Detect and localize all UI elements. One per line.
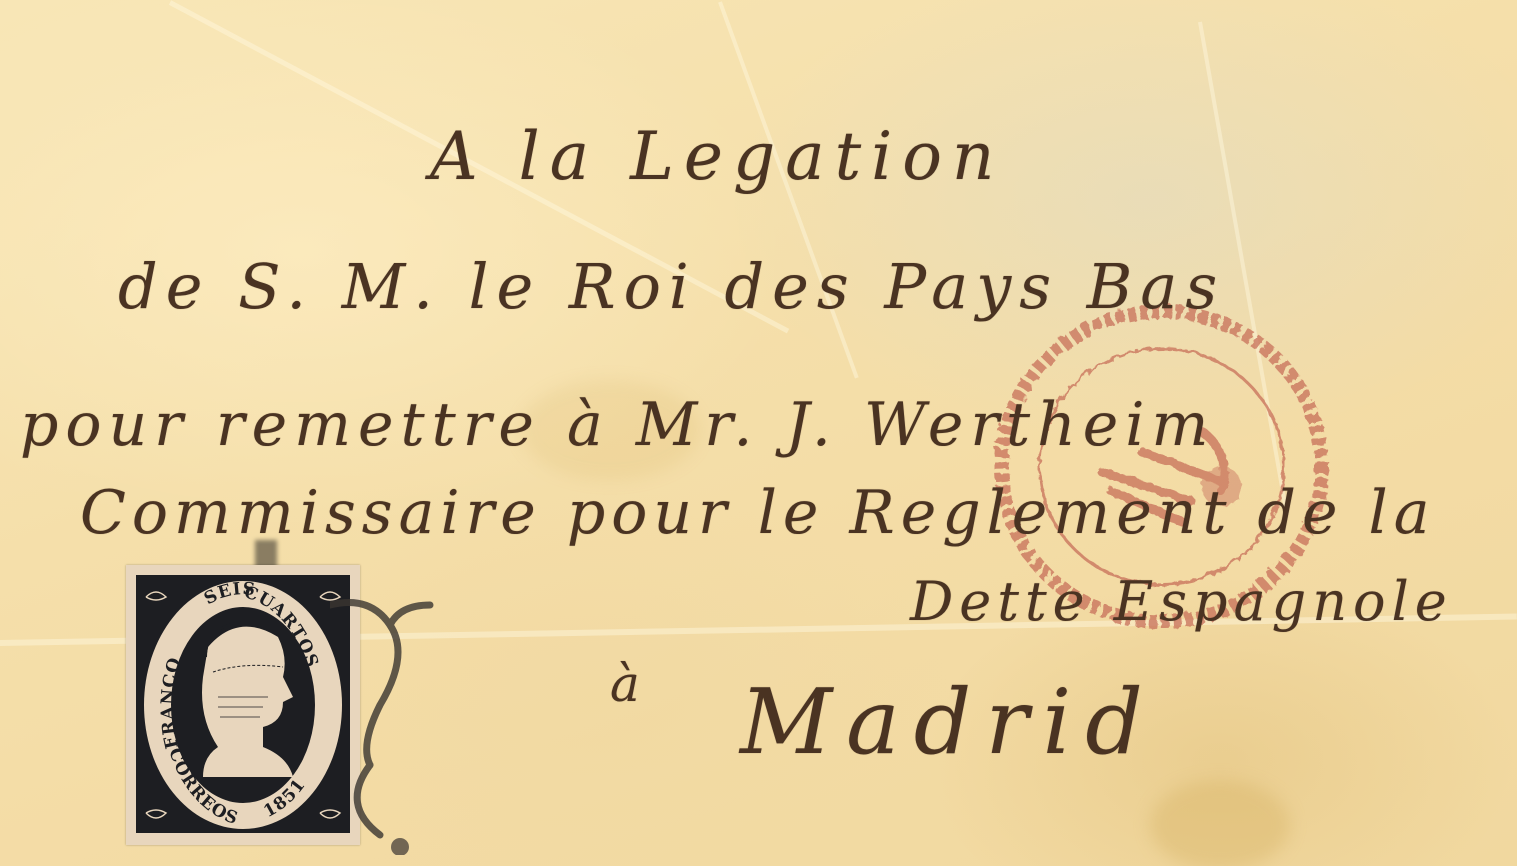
address-city: Madrid [740,670,1157,775]
stamp-design: SEIS FRANCO CUARTOS CORREOS 1851 [138,577,348,831]
address-line-1: A la Legation [430,118,1004,195]
address-line-4: Commissaire pour le Reglement de la [80,478,1435,548]
black-cancellation [330,585,490,855]
address-line-6: à [610,655,643,713]
address-line-3: pour remettre à Mr. J. Wertheim [20,390,1215,460]
paper-stain [1150,780,1290,866]
postage-stamp: SEIS FRANCO CUARTOS CORREOS 1851 [126,565,360,845]
envelope-cover: A la Legation de S. M. le Roi des Pays B… [0,0,1517,866]
address-line-2: de S. M. le Roi des Pays Bas [118,250,1225,323]
address-line-5: Dette Espagnole [910,570,1453,633]
